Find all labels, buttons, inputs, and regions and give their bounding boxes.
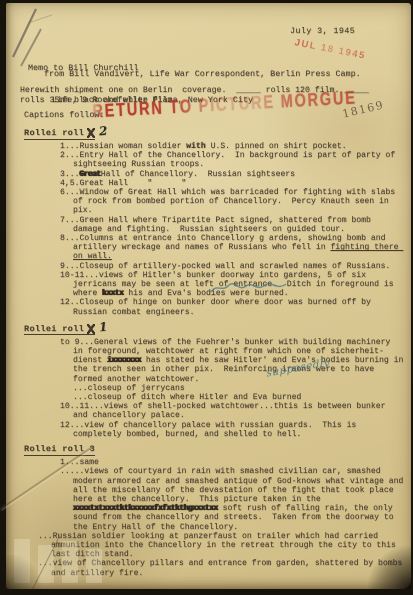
roll-heading-text: Rollei roll	[24, 128, 84, 138]
caption-item: 12..Closeup of hinge on bunker door wher…	[6, 298, 404, 316]
caption-number: .....	[60, 467, 84, 476]
caption-item: 6...Window of Great Hall which was barri…	[6, 188, 404, 216]
caption-number: 3...	[60, 170, 79, 179]
caption-text: Closeup of artillery-pocked wall and scr…	[79, 262, 390, 271]
memo-from-line: from Bill Vandivert, Life War Correspond…	[44, 69, 361, 79]
caption-item: 7...Green Hall where Tripartite Pact sig…	[6, 216, 404, 234]
roll-items: 1...Russian woman soldier with U.S. pinn…	[6, 142, 404, 317]
caption-item: 1...Russian woman soldier with U.S. pinn…	[6, 142, 404, 151]
received-date-stamp: JUL 18 1945	[294, 37, 367, 62]
caption-number: 1...	[60, 142, 79, 151]
caption-number: 6...	[60, 188, 79, 197]
caption-text: same	[79, 458, 98, 467]
caption-text: General views of the Fuehrer's bunker wi…	[73, 338, 408, 384]
caption-number: 10..11...	[60, 402, 104, 411]
memo-page: July 3, 1945 JUL 18 1945 Memo to Bill Ch…	[6, 3, 411, 589]
caption-item: 8...Columns at entrance into Chancellory…	[6, 234, 404, 262]
caption-item: 9...Closeup of artillery-pocked wall and…	[6, 262, 404, 271]
caption-item: ...closeup of ditch where Hitler and Eva…	[19, 393, 404, 402]
handwritten-roll-number: 2	[98, 126, 108, 138]
caption-number: 9...	[60, 262, 79, 271]
caption-number: 2...	[60, 151, 79, 160]
caption-item: 2...Entry Hall of the Chancellory. In ba…	[6, 151, 404, 169]
caption-number: 10-11...	[60, 271, 99, 280]
roll-items: to 9...General views of the Fuehrer's bu…	[6, 338, 404, 439]
caption-lists: Rollei roll#2 1...Russian woman soldier …	[6, 126, 404, 578]
caption-item: 10..11...views of shell-pocked watchtowe…	[6, 402, 404, 420]
caption-item: .....views of courtyard in rain with sma…	[6, 467, 404, 531]
roll-heading-text: Rollei roll	[24, 324, 84, 334]
roll-section-2: Rollei roll#2 1...Russian woman soldier …	[6, 126, 404, 317]
roll-heading: Rollei rollX1	[24, 322, 404, 335]
caption-text: Green Hall where Tripartite Pact signed,…	[73, 216, 376, 234]
caption-text: Russian woman soldier with U.S. pinned o…	[79, 142, 346, 151]
caption-item: 3...GreatHall of Chancellory. Russian si…	[6, 170, 404, 179]
caption-item: ...closeup of jerrycans	[19, 384, 404, 393]
caption-text: view of chancellory palace with russian …	[73, 421, 361, 439]
caption-text: Window of Great Hall which was barricade…	[73, 188, 400, 215]
ink-scribble-over-burned	[208, 279, 290, 297]
caption-number: ...	[73, 393, 88, 402]
caption-number: 4,5.	[60, 179, 79, 188]
caption-item: 4,5.Great Hall " "	[6, 179, 404, 188]
caption-text: GreatHall of Chancellory. Russian sights…	[79, 170, 295, 179]
caption-item: 12...view of chancellory palace with rus…	[6, 421, 404, 439]
handwritten-roll-number: 1	[98, 322, 108, 334]
caption-number: to 9...	[60, 338, 94, 347]
caption-text: Closeup of hinge on bunker door where do…	[73, 298, 376, 316]
caption-text: views of shell-pocked watchtower...thtis…	[73, 402, 390, 420]
caption-number: ...	[73, 384, 88, 393]
struck-roll-number: X	[87, 324, 94, 334]
roll-section-1: Rollei rollX1 to 9...General views of th…	[6, 322, 404, 439]
caption-text: views of courtyard in rain with smashed …	[73, 467, 408, 531]
caption-item: 10-11...views of Hitler's bunker doorway…	[6, 271, 404, 299]
corner-shadow	[6, 555, 46, 589]
typed-date: July 3, 1945	[290, 26, 355, 36]
caption-number: 12..	[60, 298, 79, 307]
roll-heading: Rollei roll#2	[24, 126, 404, 139]
corner-shadow	[365, 543, 411, 589]
caption-text: Great Hall " "	[79, 179, 186, 188]
struck-roll-number: #	[87, 128, 94, 138]
caption-number: 8...	[60, 234, 79, 243]
caption-item: to 9...General views of the Fuehrer's bu…	[6, 338, 404, 384]
caption-number: 7...	[60, 216, 79, 225]
caption-number: 12...	[60, 421, 84, 430]
caption-text: closeup of jerrycans	[88, 384, 185, 393]
caption-text: Columns at entrance into Chancellory g a…	[73, 234, 403, 261]
caption-text: closeup of ditch where Hitler and Eva bu…	[88, 393, 302, 402]
caption-text: Entry Hall of the Chancellory. In backgr…	[73, 151, 400, 169]
